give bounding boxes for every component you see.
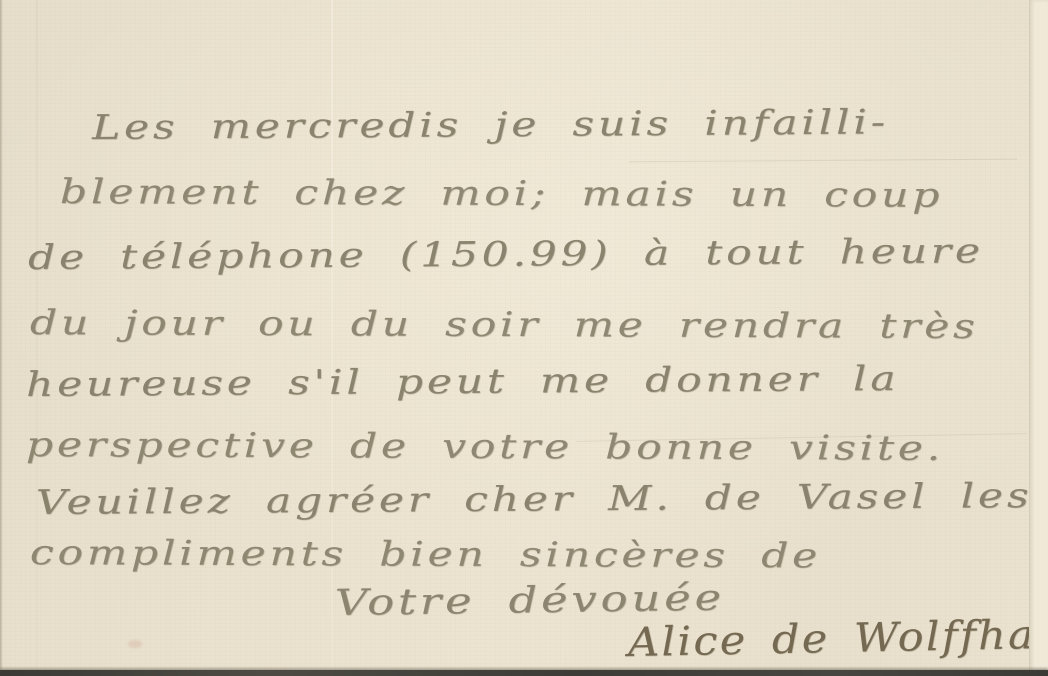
- paper-crease: [629, 159, 1017, 163]
- paper-left-edge: [0, 0, 3, 676]
- handwritten-line: de téléphone (150.99) à tout heure: [28, 231, 984, 278]
- paper-right-edge: [1029, 0, 1048, 671]
- handwritten-line: Veuillez agréer cher M. de Vasel les: [36, 476, 1033, 523]
- handwritten-line: compliments bien sincères de: [30, 533, 821, 576]
- handwritten-line: blement chez moi; mais un coup: [60, 172, 943, 216]
- handwritten-line: perspective de votre bonne visite.: [26, 425, 944, 469]
- signature: Alice de Wolffhart: [627, 611, 1048, 666]
- handwritten-line: heureuse s'il peut me donner la: [26, 359, 900, 405]
- paper-stain: [128, 640, 142, 648]
- handwritten-line: du jour ou du soir me rendra très: [30, 303, 979, 347]
- handwritten-line: Les mercredis je suis infailli-: [92, 102, 889, 148]
- letter-card: Les mercredis je suis infailli- blement …: [0, 0, 1048, 676]
- scan-bottom-edge: [0, 670, 1048, 676]
- closing-line: Votre dévouée: [335, 578, 726, 624]
